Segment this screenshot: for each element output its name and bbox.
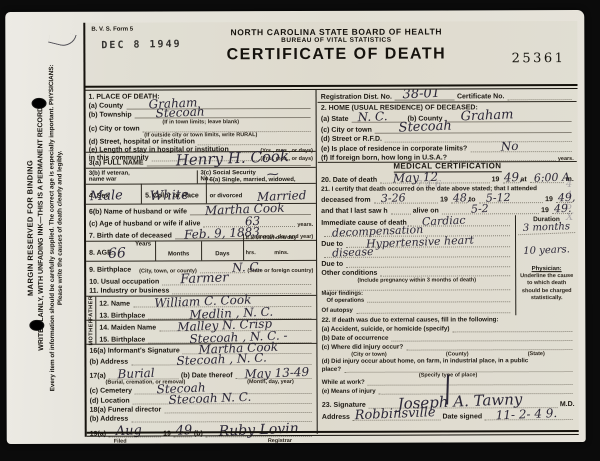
township-value: Stecoah — [156, 105, 205, 119]
marital-label: 6(a) Single, married, widowed, — [210, 177, 314, 184]
time-of-death: 6:00 A — [534, 171, 571, 183]
scanned-certificate: MARGIN RESERVED FOR BINDING WRITE PLAINL… — [0, 0, 600, 461]
occupation-value: Farmer — [180, 271, 229, 286]
burial-label: 17(a) — [90, 373, 106, 381]
physician-address-row: Address Robbinsville Date signed 11- 2- … — [319, 409, 578, 422]
certificate-no-label: Certificate No. — [457, 94, 504, 102]
burial-value: Burial — [117, 367, 155, 380]
full-name-label: 3(a) FULL NAME — [89, 160, 144, 168]
industry-label: 11. Industry or business — [89, 288, 169, 296]
attended-to: 5-12 — [486, 192, 511, 204]
registration-value: 38-01 — [402, 89, 440, 101]
margin-line-1: MARGIN RESERVED FOR BINDING — [25, 18, 35, 438]
right-column: Registration Dist. No. 38-01 Certificate… — [317, 89, 579, 434]
race-value: White — [150, 189, 189, 203]
punch-hole-bottom — [29, 320, 44, 331]
age-months-label: Months — [168, 251, 189, 257]
father-block: FATHER 12. NameWilliam C. Cook 13. Birth… — [86, 296, 316, 321]
father-birthplace-label: 13. Birthplace — [99, 313, 145, 321]
left-column: 1. PLACE OF DEATH: (a) CountyGraham (b) … — [86, 90, 318, 435]
attended-row: deceased from 3-26 19 48, to 5-12 19 49, — [318, 193, 577, 205]
certificate-title: CERTIFICATE OF DEATH — [190, 45, 482, 64]
city-label: (c) City or town — [89, 126, 140, 134]
spouse-row: 6(b) Name of husband or wife Martha Cook — [86, 204, 316, 217]
cause-of-death-grid: Immediate cause of death Cardiac decompe… — [318, 215, 577, 316]
filed-note: Filed — [114, 439, 127, 445]
bureau-title: BUREAU OF VITAL STATISTICS — [190, 36, 482, 44]
age-less-label: If less than one day — [246, 235, 315, 241]
physicians-label: PHYSICIANS: — [48, 64, 55, 105]
informant-address-label: (b) Address — [89, 359, 128, 367]
pencil-mark-2: 4 4 5 X — [566, 179, 578, 223]
home-state-label: (a) State — [321, 116, 349, 124]
county-label: (a) County — [89, 103, 124, 111]
due-to-1-duration: 10 years. — [518, 245, 575, 257]
home-county-value: Graham — [460, 108, 513, 123]
father-side-label: FATHER — [88, 296, 94, 321]
pencil-mark-1: 7 4 6 — [416, 179, 441, 190]
duration-value: 3 months — [518, 222, 575, 235]
place-of-death-block: 1. PLACE OF DEATH: (a) CountyGraham (b) … — [86, 90, 316, 153]
punch-hole-top — [32, 98, 47, 109]
father-name-label: 12. Name — [99, 301, 130, 309]
home-city-value: Stecoah — [398, 120, 452, 135]
board-title: NORTH CAROLINA STATE BOARD OF HEALTH — [190, 26, 482, 37]
birthplace-label: 9. Birthplace — [89, 267, 131, 275]
home-state-value: N. C. — [358, 110, 388, 123]
bottom-divider — [87, 430, 579, 437]
registration-row: Registration Dist. No. 38-01 Certificate… — [318, 89, 577, 103]
date-of-death-row: 20. Date of death May 12 19 49, at 6:00 … — [318, 172, 577, 185]
home-street-label: (d) Street or R.F.D. — [321, 136, 382, 144]
attended-from: 3-26 — [381, 192, 406, 204]
township-label: (b) Township — [89, 112, 132, 120]
form-number: B. V. S. Form 5 — [91, 27, 133, 33]
certificate-form: B. V. S. Form 5 DEC 8 1949 NORTH CAROLIN… — [83, 21, 578, 437]
mother-name-label: 14. Maiden Name — [99, 325, 156, 333]
margin-line-2: WRITE PLAINLY, WITH UNFADING INK—THIS IS… — [37, 18, 45, 438]
form-header: B. V. S. Form 5 DEC 8 1949 NORTH CAROLIN… — [85, 21, 577, 86]
date-of-death-label: 20. Date of death — [321, 177, 377, 185]
informant-address-value: Stecoah , N. C. — [176, 352, 267, 367]
mother-side-label: MOTHER — [88, 319, 94, 346]
duration-physician-column: Duration 3 months 10 years. Physician: U… — [515, 215, 577, 315]
date-of-death-year: 49, — [504, 171, 524, 184]
physician-signature: Joseph A. Tawny — [397, 392, 522, 412]
mother-block: MOTHER 14. Maiden NameMalley N. Crisp 15… — [86, 320, 316, 345]
location-label: (d) Location — [90, 398, 130, 406]
received-date-stamp: DEC 8 1949 — [101, 39, 181, 51]
margin-line-3: Every item of information should be care… — [48, 18, 65, 438]
informant-block: 16(a) Informant's SignatureMartha Cook (… — [86, 344, 316, 367]
due-to-1-value-2: disease — [332, 246, 374, 259]
birth-date-label: 7. Birth date of deceased — [89, 233, 172, 241]
binding-margin: MARGIN RESERVED FOR BINDING WRITE PLAINL… — [5, 12, 85, 444]
due-to-2-label: Due to — [321, 261, 343, 269]
margin-instructions: MARGIN RESERVED FOR BINDING WRITE PLAINL… — [25, 18, 65, 438]
age-days-label: Days — [215, 251, 229, 257]
location-value: Stecoah N. C. — [168, 391, 251, 406]
funeral-address-label: (b) Address — [90, 416, 129, 424]
full-name-value: Henry H. Cook — [176, 149, 290, 168]
age-row: 8. AGE: Years 66 Months Days If less tha… — [86, 241, 316, 262]
occupation-row: 10. Usual occupation Farmer — [86, 274, 316, 287]
age-value: 66 — [108, 246, 126, 261]
sex-value: Male — [90, 189, 123, 203]
of-autopsy-label: Of autopsy — [322, 308, 353, 315]
md-label: M.D. — [560, 401, 575, 409]
physician-note: Underline the cause to which death shoul… — [518, 273, 575, 303]
burial-date-label: (b) Date thereof — [181, 373, 233, 381]
other-conditions-label: Other conditions — [321, 270, 377, 278]
physician-signature-row: 23. Signature Joseph A. Tawny M.D. — [319, 395, 578, 410]
registration-label: Registration Dist. No. — [321, 94, 392, 102]
cause-value-1: Cardiac — [422, 215, 466, 228]
address-label: Address — [322, 414, 350, 422]
home-corp-value: No — [500, 140, 518, 153]
due-to-1-value: Hypertensive heart — [366, 235, 474, 250]
cemetery-label: (c) Cemetery — [90, 388, 132, 396]
mother-birthplace-label: 15. Birthplace — [99, 337, 145, 345]
registrar-note: Registrar — [268, 439, 292, 445]
major-findings-label: Major findings: — [321, 291, 364, 298]
margin-line-4: Please write the causes of death clearly… — [56, 151, 64, 306]
serial-number: 25361 — [512, 51, 566, 66]
signature-label: 23. Signature — [322, 402, 366, 410]
certificate-paper: MARGIN RESERVED FOR BINDING WRITE PLAINL… — [5, 10, 586, 444]
full-name-row: 3(a) FULL NAME Henry H. Cook — [86, 152, 316, 169]
home-city-label: (c) City or town — [321, 127, 372, 135]
home-block: 2. HOME (USUAL RESIDENCE) OF DECEASED: (… — [318, 102, 577, 163]
last-saw-date: 5-2 — [471, 203, 489, 215]
birthplace-value: N. C. — [231, 261, 261, 274]
date-signed-label: Date signed — [442, 414, 482, 422]
